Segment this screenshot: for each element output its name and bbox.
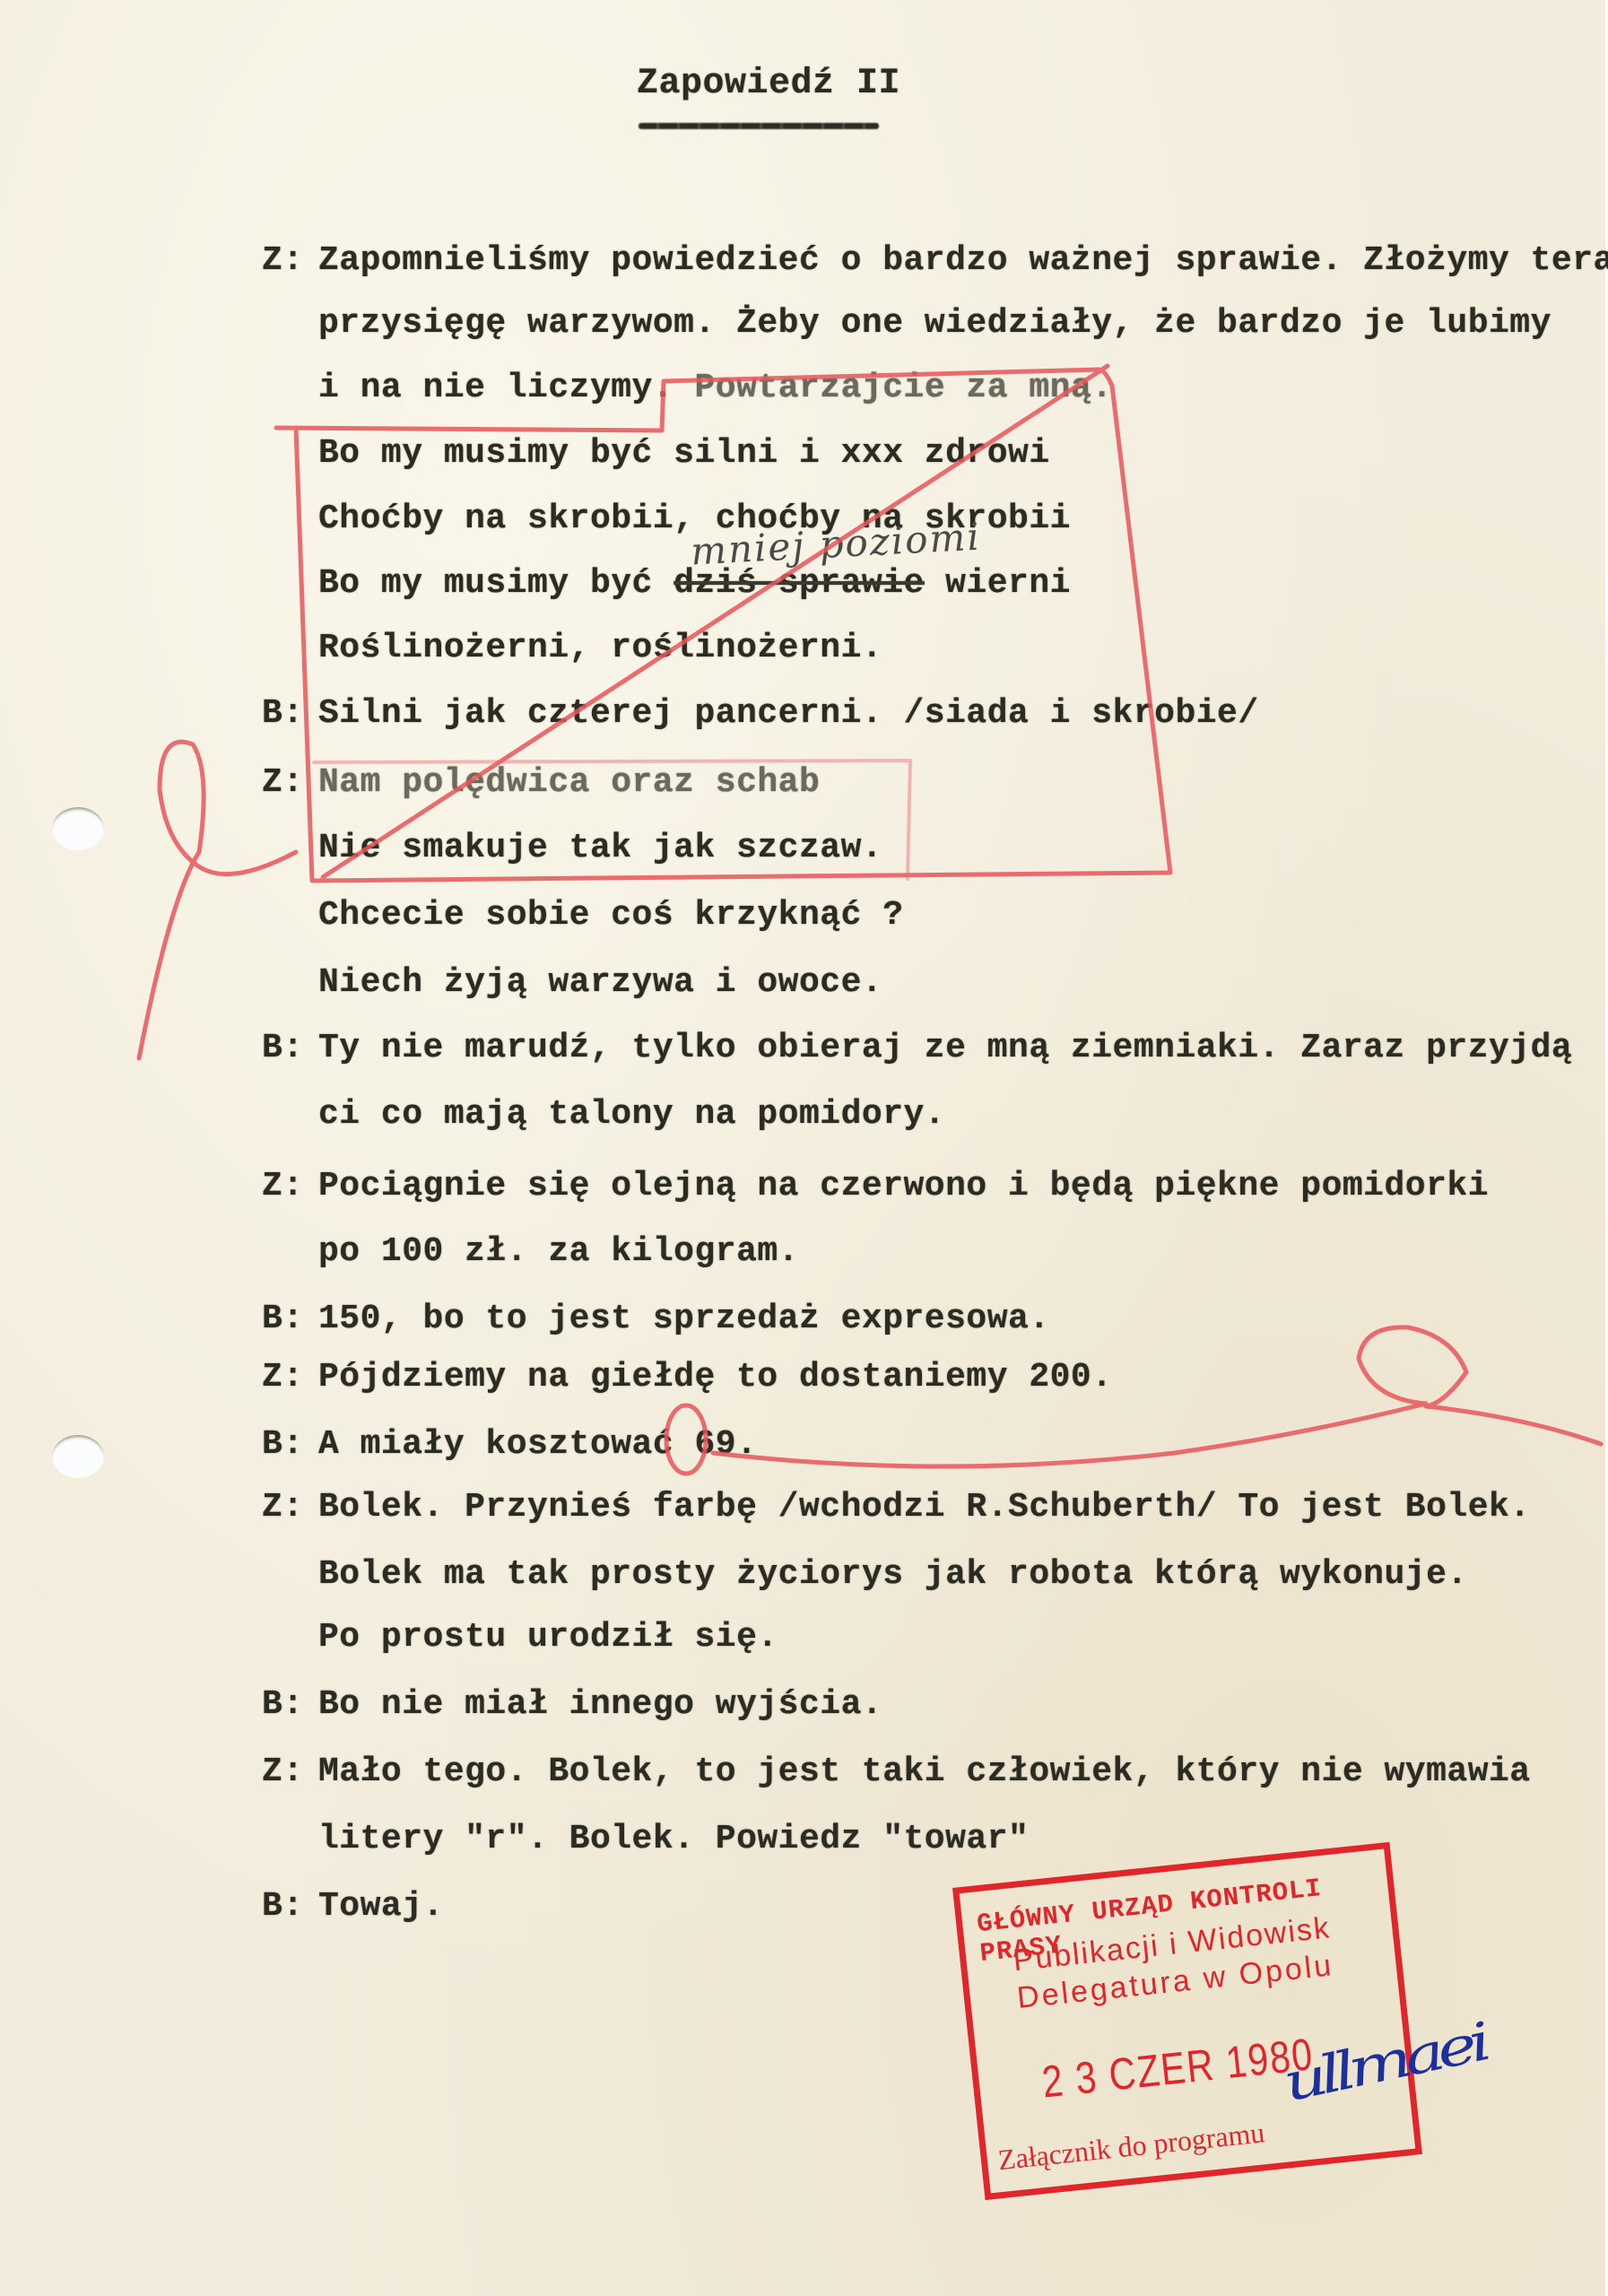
speaker-label: B: [262, 1428, 304, 1462]
speaker-label: Z: [262, 1491, 304, 1525]
stamp-footer: Załącznik do programu [996, 2116, 1266, 2177]
speaker-label: B: [262, 697, 304, 731]
speaker-label: B: [262, 1031, 304, 1065]
script-line: Ty nie marudź, tylko obieraj ze mną ziem… [318, 1031, 1572, 1065]
script-line: litery "r". Bolek. Powiedz "towar" [318, 1822, 1029, 1857]
script-line: Bo my musimy być silni i xxx zdrowi [318, 437, 1050, 471]
script-line: ci co mają talony na pomidory. [318, 1098, 945, 1132]
script-line: Zapomnieliśmy powiedzieć o bardzo ważnej… [318, 244, 1608, 278]
censorship-stamp: GŁÓWNY URZĄD KONTROLI PRASY Publikacji i… [952, 1842, 1422, 2200]
script-line: Po prostu urodził się. [318, 1621, 778, 1655]
script-line: Pociągnie się olejną na czerwono i będą … [318, 1170, 1489, 1204]
script-line: Bo nie miał innego wyjścia. [318, 1688, 882, 1722]
script-text: wierni [945, 564, 1071, 603]
script-line: Niech żyją warzywa i owoce. [318, 966, 882, 1000]
script-line: i na nie liczymy. Powtarzajcie za mną. [318, 371, 1113, 405]
script-line: Mało tego. Bolek, to jest taki człowiek,… [318, 1755, 1531, 1789]
script-line: po 100 zł. za kilogram. [318, 1235, 799, 1269]
speaker-label: B: [262, 1890, 304, 1924]
script-line: Nam polędwica oraz schab [318, 766, 820, 800]
script-line: przysięgę warzywom. Żeby one wiedziały, … [318, 307, 1552, 341]
script-line: Silni jak czterej pancerni. /siada i skr… [318, 697, 1259, 731]
punch-hole-bottom [52, 1435, 104, 1478]
script-text-deleted: Powtarzajcie za mną. [694, 369, 1112, 407]
script-line: Nie smakuje tak jak szczaw. [318, 831, 882, 865]
speaker-label: B: [262, 1302, 304, 1336]
script-line: 150, bo to jest sprzedaż expresowa. [318, 1302, 1050, 1336]
speaker-label: Z: [262, 1361, 304, 1395]
script-line: Chcecie sobie coś krzyknąć ? [318, 899, 904, 933]
document-title: Zapowiedź II [637, 66, 900, 102]
speaker-label: Z: [262, 244, 304, 278]
script-text: i na nie liczymy. [318, 369, 674, 407]
script-line: Roślinożerni, roślinożerni. [318, 631, 882, 665]
script-line: Pójdziemy na giełdę to dostaniemy 200. [318, 1361, 1113, 1395]
speaker-label: Z: [262, 766, 304, 800]
script-text: Bo my musimy być [318, 564, 653, 603]
script-line: Towaj. [318, 1890, 444, 1924]
script-line: Bolek ma tak prosty życiorys jak robota … [318, 1558, 1468, 1592]
title-underline [639, 123, 879, 129]
speaker-label: Z: [262, 1170, 304, 1204]
punch-hole-top [52, 807, 104, 850]
script-line: Bolek. Przynieś farbę /wchodzi R.Schuber… [318, 1491, 1531, 1525]
speaker-label: B: [262, 1688, 304, 1722]
speaker-label: Z: [262, 1755, 304, 1789]
stamp-date: 2 3 CZER 1980 [1039, 2028, 1316, 2108]
script-line: A miały kosztować 69. [318, 1428, 757, 1462]
